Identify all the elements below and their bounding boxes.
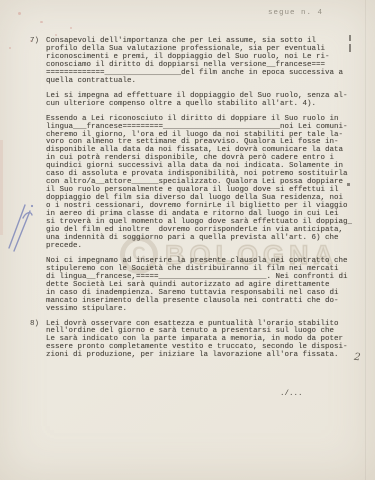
continuation-mark: ./... bbox=[280, 390, 303, 398]
paragraph-lines: Essendo a Lei riconosciuto il diritto di… bbox=[46, 116, 360, 251]
paragraph-7-sub-3: Noi ci impegnamo ad inserire la presente… bbox=[30, 258, 360, 314]
pencil-speck bbox=[70, 27, 72, 29]
pencil-speck bbox=[9, 47, 11, 49]
paragraph-number bbox=[30, 93, 46, 109]
paragraph-number: 8) bbox=[30, 321, 46, 361]
paragraph-lines: Consapevoli dell'importanza che per Lei … bbox=[46, 38, 360, 86]
paragraph-number: 7) bbox=[30, 38, 46, 86]
text-line: zioni di produzione, per iniziare la lav… bbox=[46, 352, 360, 360]
handwritten-page-number: 2 bbox=[353, 352, 361, 364]
paragraph-lines: Noi ci impegnamo ad inserire la presente… bbox=[46, 258, 360, 314]
pencil-speck bbox=[55, 34, 57, 36]
text-line: una indennità di soggiorno pari a quella… bbox=[46, 235, 360, 243]
scanned-contract-page: segue n. 4 C BOLOGNA 7) Consapevoli dell… bbox=[0, 0, 375, 480]
pencil-speck bbox=[18, 12, 21, 15]
page-edge-line bbox=[365, 0, 366, 480]
paragraph-number bbox=[30, 258, 46, 314]
pencil-speck bbox=[40, 21, 43, 23]
text-line: vessimo stipulare. bbox=[46, 306, 360, 314]
paragraph-lines: Lei dovrà osservare con esattezza e punt… bbox=[46, 321, 360, 361]
paragraph-7-sub-1: Lei si impegna ad effettuare il doppiagg… bbox=[30, 93, 360, 109]
text-line: precede. bbox=[46, 243, 360, 251]
header-continuation-note: segue n. 4 bbox=[268, 9, 323, 17]
text-line: quella contrattuale. bbox=[46, 78, 360, 86]
paragraph-lines: Lei si impegna ad effettuare il doppiagg… bbox=[46, 93, 360, 109]
paragraph-7: 7) Consapevoli dell'importanza che per L… bbox=[30, 38, 360, 86]
paragraph-8: 8) Lei dovrà osservare con esattezza e p… bbox=[30, 321, 360, 361]
handwritten-scribble-icon bbox=[2, 196, 36, 256]
paragraph-7-sub-2: Essendo a Lei riconosciuto il diritto di… bbox=[30, 116, 360, 251]
text-line: cun ulteriore compenso oltre a quello st… bbox=[46, 101, 360, 109]
typewritten-text: 7) Consapevoli dell'importanza che per L… bbox=[30, 38, 360, 367]
